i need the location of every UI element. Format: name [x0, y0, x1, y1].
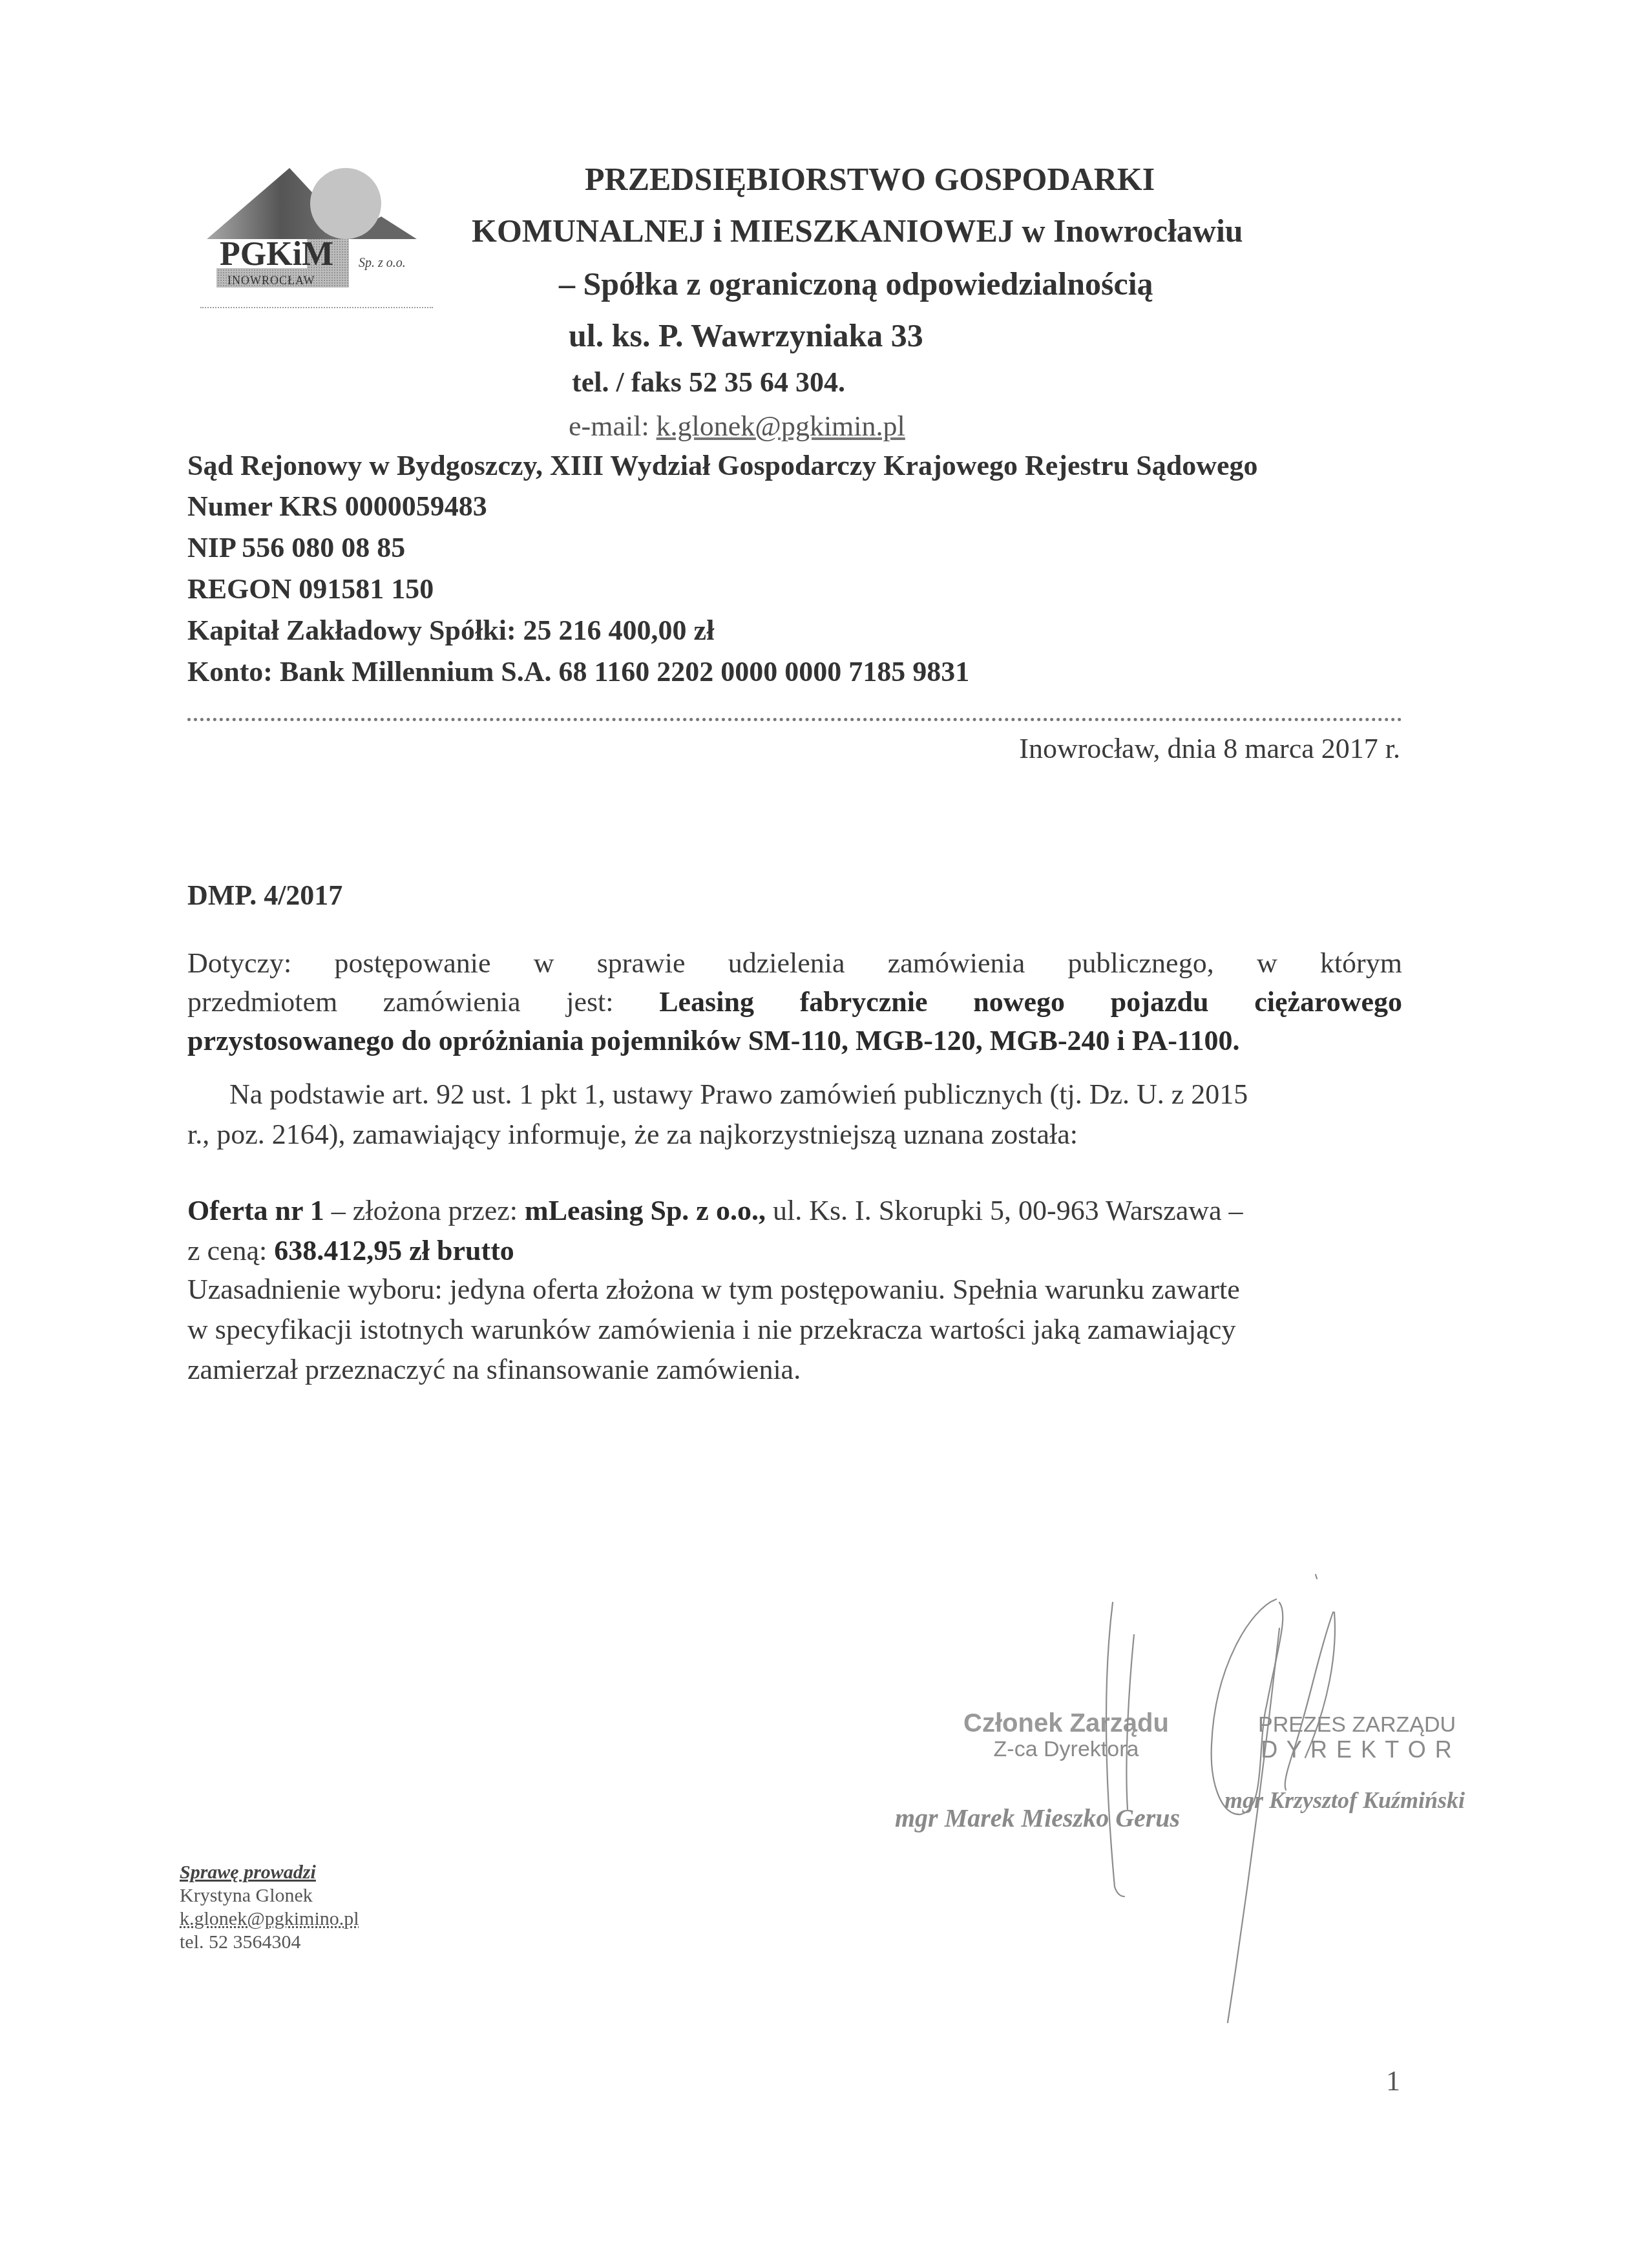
dotted-separator: [187, 718, 1402, 721]
offer-company: mLeasing Sp. z o.o.,: [525, 1195, 766, 1226]
svg-text:INOWROCŁAW: INOWROCŁAW: [227, 274, 315, 287]
letterhead-line1: PRZEDSIĘBIORSTWO GOSPODARKI: [585, 160, 1155, 198]
subject-line3: przystosowanego do opróżniania pojemnikó…: [187, 1024, 1239, 1057]
reference-number: DMP. 4/2017: [187, 879, 342, 912]
offer-price-line: z ceną: 638.412,95 zł brutto: [187, 1234, 514, 1267]
stamp-left-name: mgr Marek Mieszko Gerus: [895, 1803, 1180, 1833]
stamp-left-title: Członek Zarządu: [930, 1709, 1202, 1738]
registry-nip: NIP 556 080 08 85: [187, 531, 405, 564]
registry-krs: Numer KRS 0000059483: [187, 490, 487, 523]
registry-account: Konto: Bank Millennium S.A. 68 1160 2202…: [187, 655, 969, 688]
case-handler: Sprawę prowadzi Krystyna Glonek k.glonek…: [180, 1861, 359, 1954]
case-handler-title: Sprawę prowadzi: [180, 1861, 359, 1884]
subject-line2: przedmiotem zamówienia jest: Leasing fab…: [187, 985, 1402, 1018]
stamp-right-title: PREZES ZARZĄDU: [1241, 1712, 1473, 1738]
registry-regon: REGON 091581 150: [187, 572, 434, 605]
subject-line1: Dotyczy: postępowanie w sprawie udzielen…: [187, 947, 1402, 980]
offer-label: Oferta nr 1: [187, 1195, 324, 1226]
letterhead-phone: tel. / faks 52 35 64 304.: [572, 366, 845, 399]
letterhead-address: ul. ks. P. Wawrzyniaka 33: [569, 317, 923, 354]
stamp-right-name: mgr Krzysztof Kuźmiński: [1224, 1787, 1465, 1814]
justification-line3: zamierzał przeznaczyć na sfinansowanie z…: [187, 1353, 801, 1386]
case-handler-phone: tel. 52 3564304: [180, 1931, 359, 1954]
company-logo: PGKiM Sp. z o.o. INOWROCŁAW: [194, 155, 439, 297]
justification-line1: Uzasadnienie wyboru: jedyna oferta złożo…: [187, 1273, 1240, 1306]
stamp-left: Członek Zarządu Z-ca Dyrektora: [930, 1709, 1202, 1762]
justification-line2: w specyfikacji istotnych warunków zamówi…: [187, 1313, 1235, 1346]
basis-line1: Na podstawie art. 92 ust. 1 pkt 1, ustaw…: [229, 1078, 1248, 1111]
email-link[interactable]: k.glonek@pgkimin.pl: [656, 410, 905, 442]
logo-brand-text: PGKiM: [220, 236, 333, 273]
letterhead-line2: KOMUNALNEJ i MIESZKANIOWEJ w Inowrocławi…: [472, 212, 1243, 249]
logo-mountains-icon: PGKiM Sp. z o.o. INOWROCŁAW: [194, 155, 439, 297]
letterhead-line3: – Spółka z ograniczoną odpowiedzialności…: [559, 265, 1153, 302]
case-handler-name: Krystyna Glonek: [180, 1884, 359, 1907]
stamp-right-subtitle: D Y R E K T O R: [1241, 1736, 1473, 1763]
document-date: Inowrocław, dnia 8 marca 2017 r.: [1019, 732, 1400, 765]
page-number: 1: [1386, 2064, 1400, 2097]
case-handler-email[interactable]: k.glonek@pgkimino.pl: [180, 1907, 359, 1931]
offer-price: 638.412,95 zł brutto: [274, 1235, 514, 1266]
registry-capital: Kapitał Zakładowy Spółki: 25 216 400,00 …: [187, 614, 714, 647]
registry-court: Sąd Rejonowy w Bydgoszczy, XIII Wydział …: [187, 449, 1258, 482]
stamp-right: PREZES ZARZĄDU D Y R E K T O R: [1241, 1712, 1473, 1763]
stamp-left-subtitle: Z-ca Dyrektora: [930, 1737, 1202, 1762]
subject-title: Leasing fabrycznie nowego pojazdu ciężar…: [659, 986, 1402, 1018]
offer-line1: Oferta nr 1 – złożona przez: mLeasing Sp…: [187, 1194, 1243, 1227]
logo-divider: [200, 307, 433, 308]
svg-text:Sp. z o.o.: Sp. z o.o.: [359, 256, 406, 270]
basis-line2: r., poz. 2164), zamawiający informuje, ż…: [187, 1118, 1078, 1151]
letterhead-email: e-mail: k.glonek@pgkimin.pl: [569, 410, 905, 443]
